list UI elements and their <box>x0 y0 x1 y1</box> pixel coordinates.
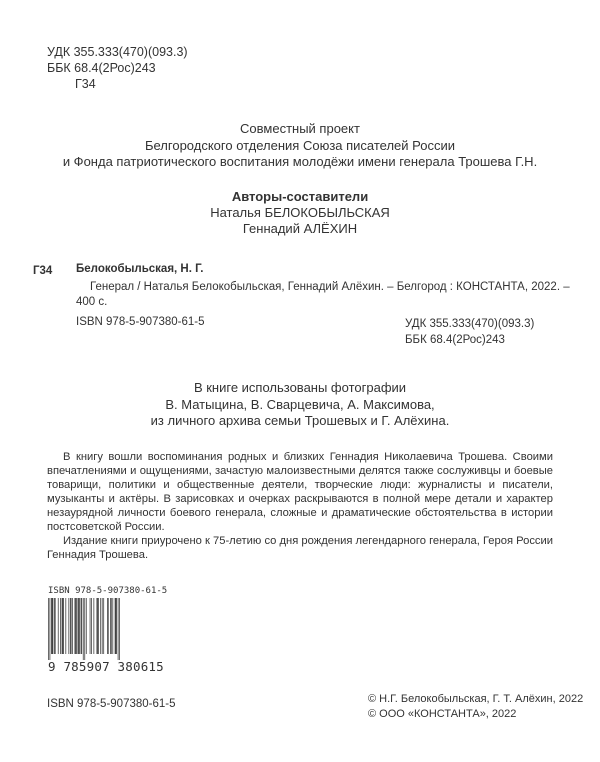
bib-record-udk: УДК 355.333(470)(093.3) <box>405 316 534 332</box>
photo-credit-line: из личного архива семьи Трошевых и Г. Ал… <box>0 413 600 430</box>
bib-record-bbk: ББК 68.4(2Рос)243 <box>405 332 534 348</box>
authors-heading: Авторы-составители <box>0 189 600 205</box>
classification-block: УДК 355.333(470)(093.3) ББК 68.4(2Рос)24… <box>47 44 188 92</box>
copyright-block: © Н.Г. Белокобыльская, Г. Т. Алёхин, 202… <box>368 692 583 722</box>
authors-block: Авторы-составители Наталья БЕЛОКОБЫЛЬСКА… <box>0 189 600 237</box>
annotation-paragraph: В книгу вошли воспоминания родных и близ… <box>47 450 553 534</box>
project-line: Белгородского отделения Союза писателей … <box>0 138 600 155</box>
bbk-code: ББК 68.4(2Рос)243 <box>47 60 188 76</box>
bib-record-pages: 400 с. <box>76 296 107 308</box>
photo-credits: В книге использованы фотографии В. Матыц… <box>0 380 600 430</box>
barcode-digits: 9 785907 380615 <box>48 659 164 674</box>
bib-record-description: Генерал / Наталья Белокобыльская, Геннад… <box>90 281 570 293</box>
author-mark: Г34 <box>47 76 188 92</box>
bib-record-author: Белокобыльская, Н. Г. <box>76 263 203 275</box>
joint-project-block: Совместный проект Белгородского отделени… <box>0 121 600 171</box>
barcode-bars-icon <box>48 598 120 660</box>
project-line: Совместный проект <box>0 121 600 138</box>
author-name: Наталья БЕЛОКОБЫЛЬСКАЯ <box>0 205 600 221</box>
copyright-line: © Н.Г. Белокобыльская, Г. Т. Алёхин, 202… <box>368 692 583 707</box>
bib-record-code: Г34 <box>33 265 52 277</box>
udk-code: УДК 355.333(470)(093.3) <box>47 44 188 60</box>
photo-credit-line: В книге использованы фотографии <box>0 380 600 397</box>
photo-credit-line: В. Матыцина, В. Сварцевича, А. Максимова… <box>0 397 600 414</box>
annotation: В книгу вошли воспоминания родных и близ… <box>47 450 553 562</box>
project-line: и Фонда патриотического воспитания молод… <box>0 154 600 171</box>
bib-record-isbn: ISBN 978-5-907380-61-5 <box>76 316 205 328</box>
copyright-line: © ООО «КОНСТАНТА», 2022 <box>368 707 583 722</box>
footer-isbn: ISBN 978-5-907380-61-5 <box>47 698 176 710</box>
author-name: Геннадий АЛЁХИН <box>0 221 600 237</box>
bib-record-classification: УДК 355.333(470)(093.3) ББК 68.4(2Рос)24… <box>405 316 534 348</box>
annotation-paragraph: Издание книги приурочено к 75-летию со д… <box>47 534 553 562</box>
